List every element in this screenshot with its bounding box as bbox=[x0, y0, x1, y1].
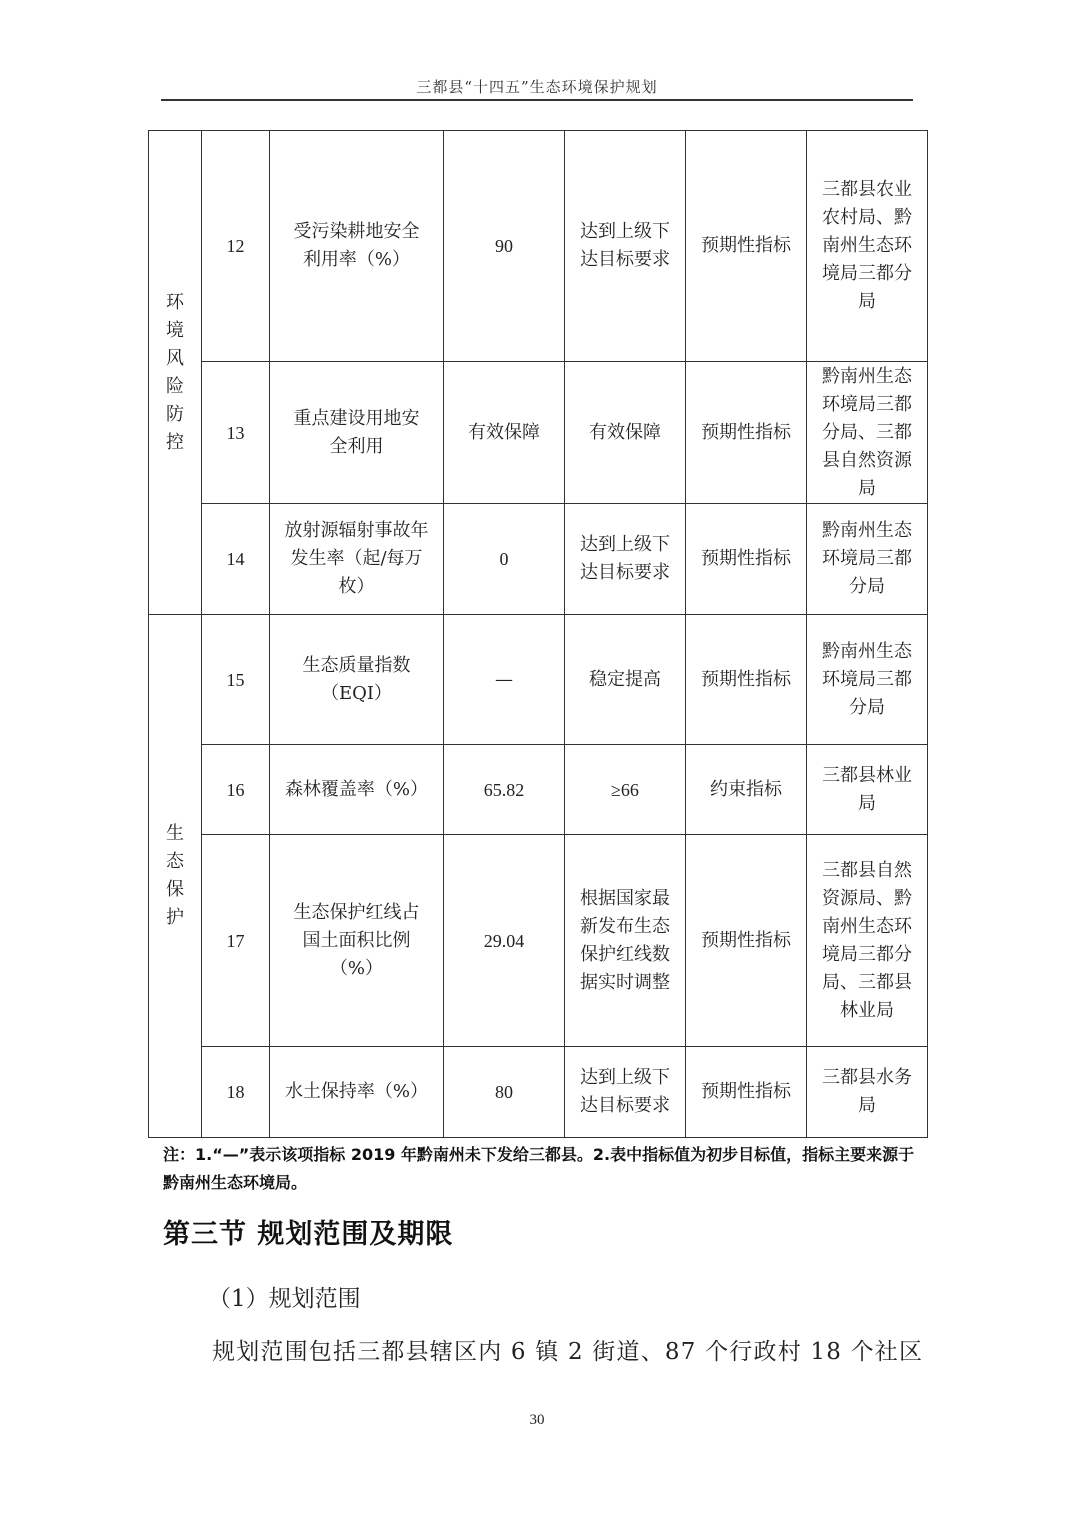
category-label: 生态保护 bbox=[165, 820, 185, 932]
row-number: 15 bbox=[202, 615, 270, 745]
category-cell: 环境风险防控 bbox=[149, 131, 202, 615]
indicator-name: 受污染耕地安全利用率（%） bbox=[270, 131, 444, 362]
indicator-type: 预期性指标 bbox=[686, 504, 807, 615]
target-value: 稳定提高 bbox=[565, 615, 686, 745]
indicator-name: 放射源辐射事故年发生率（起/每万枚） bbox=[270, 504, 444, 615]
responsible-unit: 三都县林业局 bbox=[807, 745, 928, 835]
table-row: 17 生态保护红线占国土面积比例（%） 29.04 根据国家最新发布生态保护红线… bbox=[149, 835, 928, 1047]
target-value: ≥66 bbox=[565, 745, 686, 835]
row-number: 17 bbox=[202, 835, 270, 1047]
responsible-unit: 三都县自然资源局、黔南州生态环境局三都分局、三都县林业局 bbox=[807, 835, 928, 1047]
indicator-name: 森林覆盖率（%） bbox=[270, 745, 444, 835]
section-heading: 第三节 规划范围及期限 bbox=[163, 1212, 453, 1251]
category-label: 环境风险防控 bbox=[165, 289, 185, 457]
category-cell: 生态保护 bbox=[149, 615, 202, 1138]
indicator-table: 环境风险防控 12 受污染耕地安全利用率（%） 90 达到上级下达目标要求 预期… bbox=[148, 130, 928, 1138]
table-row: 14 放射源辐射事故年发生率（起/每万枚） 0 达到上级下达目标要求 预期性指标… bbox=[149, 504, 928, 615]
row-number: 12 bbox=[202, 131, 270, 362]
indicator-name: 重点建设用地安全利用 bbox=[270, 362, 444, 504]
target-value: 有效保障 bbox=[565, 362, 686, 504]
current-value: 有效保障 bbox=[444, 362, 565, 504]
indicator-type: 预期性指标 bbox=[686, 835, 807, 1047]
table-row: 生态保护 15 生态质量指数（EQI） — 稳定提高 预期性指标 黔南州生态环境… bbox=[149, 615, 928, 745]
table-row: 13 重点建设用地安全利用 有效保障 有效保障 预期性指标 黔南州生态环境局三都… bbox=[149, 362, 928, 504]
indicator-type: 预期性指标 bbox=[686, 1047, 807, 1138]
header-rule bbox=[161, 99, 913, 101]
current-value: 29.04 bbox=[444, 835, 565, 1047]
row-number: 13 bbox=[202, 362, 270, 504]
target-value: 达到上级下达目标要求 bbox=[565, 1047, 686, 1138]
current-value: 65.82 bbox=[444, 745, 565, 835]
page-number: 30 bbox=[0, 1412, 1074, 1429]
indicator-type: 预期性指标 bbox=[686, 131, 807, 362]
table-row: 环境风险防控 12 受污染耕地安全利用率（%） 90 达到上级下达目标要求 预期… bbox=[149, 131, 928, 362]
current-value: 90 bbox=[444, 131, 565, 362]
indicator-name: 生态保护红线占国土面积比例（%） bbox=[270, 835, 444, 1047]
indicator-type: 预期性指标 bbox=[686, 362, 807, 504]
indicator-name: 生态质量指数（EQI） bbox=[270, 615, 444, 745]
responsible-unit: 黔南州生态环境局三都分局、三都县自然资源局 bbox=[807, 362, 928, 504]
responsible-unit: 三都县水务局 bbox=[807, 1047, 928, 1138]
indicator-name: 水土保持率（%） bbox=[270, 1047, 444, 1138]
indicator-type: 约束指标 bbox=[686, 745, 807, 835]
target-value: 根据国家最新发布生态保护红线数据实时调整 bbox=[565, 835, 686, 1047]
current-value: 0 bbox=[444, 504, 565, 615]
responsible-unit: 黔南州生态环境局三都分局 bbox=[807, 504, 928, 615]
row-number: 18 bbox=[202, 1047, 270, 1138]
body-paragraph: 规划范围包括三都县辖区内 6 镇 2 街道、87 个行政村 18 个社区 bbox=[212, 1333, 923, 1366]
target-value: 达到上级下达目标要求 bbox=[565, 504, 686, 615]
indicator-type: 预期性指标 bbox=[686, 615, 807, 745]
table-row: 16 森林覆盖率（%） 65.82 ≥66 约束指标 三都县林业局 bbox=[149, 745, 928, 835]
running-header: 三都县“十四五”生态环境保护规划 bbox=[0, 76, 1074, 97]
current-value: 80 bbox=[444, 1047, 565, 1138]
row-number: 14 bbox=[202, 504, 270, 615]
table-row: 18 水土保持率（%） 80 达到上级下达目标要求 预期性指标 三都县水务局 bbox=[149, 1047, 928, 1138]
row-number: 16 bbox=[202, 745, 270, 835]
table-note: 注：1.“—”表示该项指标 2019 年黔南州未下发给三都县。2.表中指标值为初… bbox=[163, 1141, 923, 1197]
responsible-unit: 黔南州生态环境局三都分局 bbox=[807, 615, 928, 745]
responsible-unit: 三都县农业农村局、黔南州生态环境局三都分局 bbox=[807, 131, 928, 362]
sub-heading: （1）规划范围 bbox=[208, 1280, 361, 1313]
target-value: 达到上级下达目标要求 bbox=[565, 131, 686, 362]
current-value: — bbox=[444, 615, 565, 745]
